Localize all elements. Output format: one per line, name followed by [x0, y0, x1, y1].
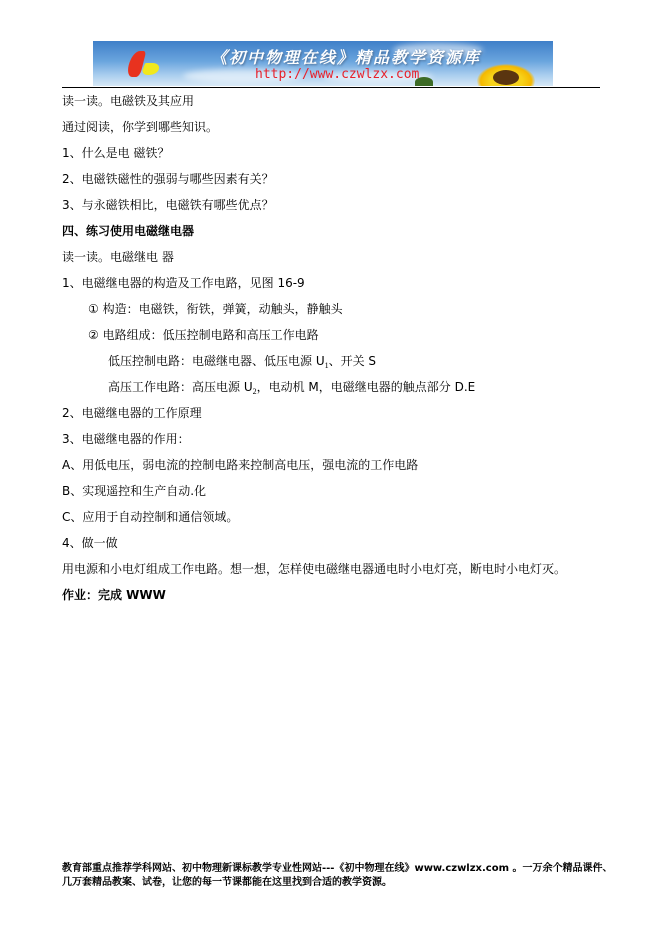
section-read-electromagnet: 读一读。电磁铁及其应用 [62, 94, 194, 108]
section-read-relay: 读一读。电磁继电 器 [62, 250, 174, 264]
footer-line-1: 教育部重点推荐学科网站、初中物理新课标教学专业性网站---《初中物理在线》www… [62, 862, 613, 876]
relay-item-4: 4、做一做 [62, 536, 118, 550]
homework: 作业：完成 WWW [62, 588, 166, 602]
question-2: 2、电磁铁磁性的强弱与哪些因素有关？ [62, 172, 274, 186]
low-voltage-circuit-text-end: 、开关 S [329, 354, 376, 368]
header-banner: 《初中物理在线》精品教学资源库 http://www.czwlzx.com [93, 41, 553, 86]
activity-description: 用电源和小电灯组成工作电路。想一想，怎样使电磁继电器通电时小电灯亮，断电时小电灯… [62, 562, 566, 576]
relay-use-c: C、应用于自动控制和通信领域。 [62, 510, 238, 524]
banner-title: 《初中物理在线》精品教学资源库 [211, 45, 481, 68]
high-voltage-circuit-text: 高压工作电路：高压电源 U [108, 380, 253, 394]
header-divider [62, 87, 600, 88]
banner-url: http://www.czwlzx.com [255, 67, 419, 82]
section-heading-relay: 四、练习使用电磁继电器 [62, 224, 194, 238]
low-voltage-circuit: 低压控制电路：电磁继电器、低压电源 U1、开关 S [108, 354, 376, 368]
high-voltage-circuit: 高压工作电路：高压电源 U2，电动机 M，电磁继电器的触点部分 D.E [108, 380, 475, 394]
relay-item-1: 1、电磁继电器的构造及工作电路，见图 16-9 [62, 276, 305, 290]
footer: 教育部重点推荐学科网站、初中物理新课标教学专业性网站---《初中物理在线》www… [62, 862, 613, 890]
relay-use-b: B、实现遥控和生产自动.化 [62, 484, 206, 498]
question-1: 1、什么是电 磁铁？ [62, 146, 169, 160]
relay-use-a: A、用低电压，弱电流的控制电路来控制高电压，强电流的工作电路 [62, 458, 418, 472]
footer-line-2: 几万套精品教案、试卷，让您的每一节课都能在这里找到合适的教学资源。 [62, 876, 613, 890]
question-3: 3、与永磁铁相比，电磁铁有哪些优点？ [62, 198, 274, 212]
logo-icon-accent [141, 63, 161, 75]
leaf-decoration [415, 77, 433, 86]
sunflower-image [477, 64, 535, 86]
high-voltage-circuit-text-end: ，电动机 M，电磁继电器的触点部分 D.E [257, 380, 476, 394]
relay-circuit-composition: ② 电路组成：低压控制电路和高压工作电路 [88, 328, 319, 342]
relay-item-3: 3、电磁继电器的作用： [62, 432, 190, 446]
relay-structure: ① 构造：电磁铁，衔铁，弹簧，动触头，静触头 [88, 302, 343, 316]
low-voltage-circuit-text: 低压控制电路：电磁继电器、低压电源 U [108, 354, 325, 368]
relay-item-2: 2、电磁继电器的工作原理 [62, 406, 202, 420]
reading-prompt: 通过阅读，你学到哪些知识。 [62, 120, 218, 134]
